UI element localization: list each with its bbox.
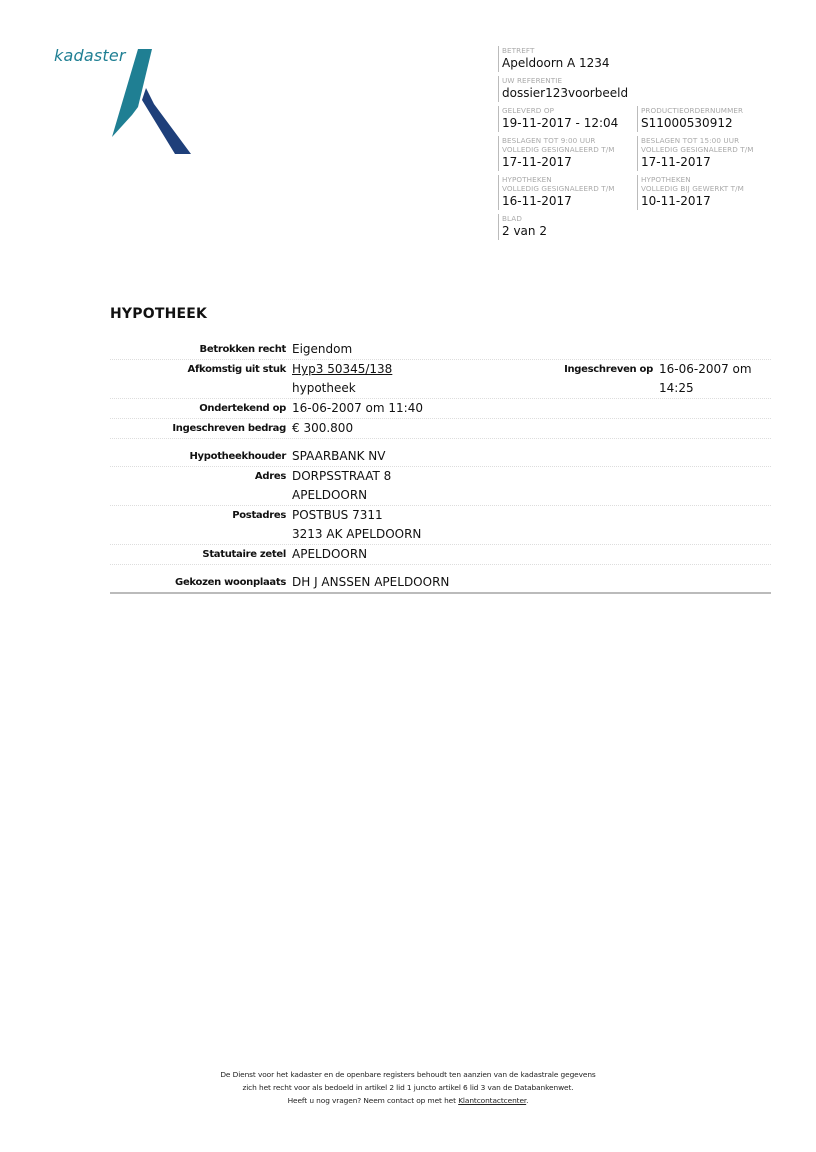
row-hypotheekhouder: Hypotheekhouder SPAARBANK NV	[110, 447, 771, 467]
meta-hypotheken-gesignaleerd: HYPOTHEKEN VOLLEDIG GESIGNALEERD T/M 16-…	[498, 175, 634, 210]
row-betrokken-recht: Betrokken recht Eigendom	[110, 340, 771, 360]
row-ondertekend: Ondertekend op 16-06-2007 om 11:40	[110, 399, 771, 419]
row-gekozen-woonplaats: Gekozen woonplaats DH J ANSSEN APELDOORN	[110, 573, 771, 594]
meta-geleverd: GELEVERD OP 19-11-2017 - 12:04	[498, 106, 634, 132]
row-statutaire-zetel: Statutaire zetel APELDOORN	[110, 545, 771, 565]
ingeschreven-op: Ingeschreven op 16-06-2007 om 14:25	[539, 360, 771, 398]
meta-productieorder: PRODUCTIEORDERNUMMER S11000530912	[637, 106, 773, 132]
hypotheek-details: Betrokken recht Eigendom Afkomstig uit s…	[110, 340, 771, 594]
section-title: HYPOTHEEK	[110, 306, 207, 322]
meta-betreft: BETREFT Apeldoorn A 1234	[498, 46, 702, 72]
row-postadres: Postadres POSTBUS 7311 3213 AK APELDOORN	[110, 506, 771, 545]
row-bedrag: Ingeschreven bedrag € 300.800	[110, 419, 771, 439]
meta-blad: BLAD 2 van 2	[498, 214, 634, 240]
stuk-link[interactable]: Hyp3 50345/138	[292, 362, 392, 376]
footer-disclaimer: De Dienst voor het kadaster en de openba…	[0, 1068, 816, 1107]
meta-referentie: UW REFERENTIE dossier123voorbeeld	[498, 76, 702, 102]
meta-beslagen-9: BESLAGEN TOT 9:00 UUR VOLLEDIG GESIGNALE…	[498, 136, 634, 171]
row-afkomstig: Afkomstig uit stuk Hyp3 50345/138 hypoth…	[110, 360, 771, 399]
meta-hypotheken-bijgewerkt: HYPOTHEKEN VOLLEDIG BIJ GEWERKT T/M 10-1…	[637, 175, 773, 210]
meta-beslagen-15: BESLAGEN TOT 15:00 UUR VOLLEDIG GESIGNAL…	[637, 136, 773, 171]
kadaster-logo: kadaster	[54, 44, 204, 159]
klantcontactcenter-link[interactable]: Klantcontactcenter	[458, 1096, 526, 1105]
kadaster-k-icon	[54, 44, 204, 159]
row-adres: Adres DORPSSTRAAT 8 APELDOORN	[110, 467, 771, 506]
document-meta: BETREFT Apeldoorn A 1234 UW REFERENTIE d…	[498, 46, 788, 244]
